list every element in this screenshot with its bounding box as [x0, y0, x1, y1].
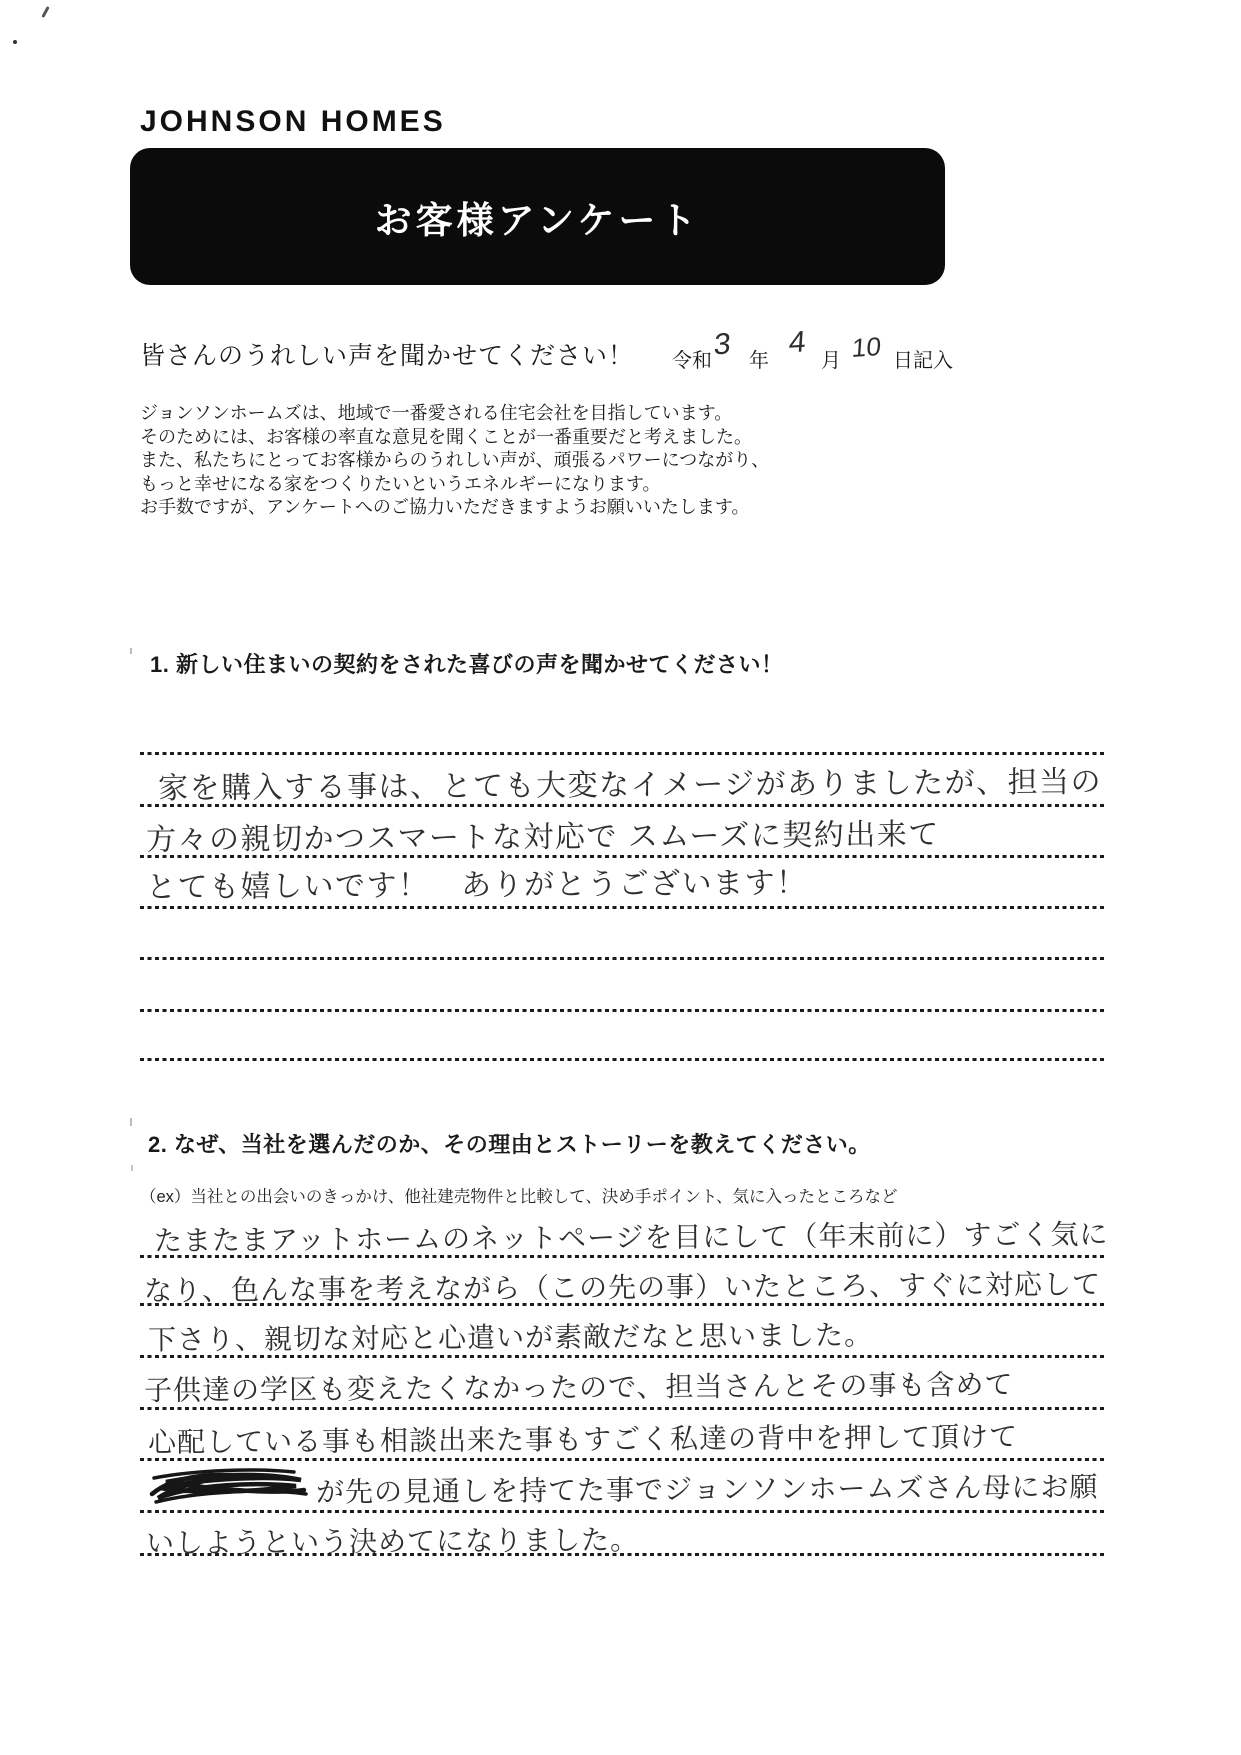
intro-line: ジョンソンホームズは、地域で一番愛される住宅会社を目指しています。 [140, 402, 769, 426]
q1-handwritten-answer-line: とても嬉しいです！ ありがとうございます！ [146, 858, 808, 907]
intro-paragraph: ジョンソンホームズは、地域で一番愛される住宅会社を目指しています。 そのためには… [140, 402, 769, 520]
q2-handwritten-answer-line: が先の見通しを持てた事でジョンソンホームズさん母にお願 [316, 1465, 1099, 1510]
question-2-heading: 2. なぜ、当社を選んだのか、その理由とストーリーを教えてください。 [148, 1128, 871, 1159]
q2-handwritten-answer-line: 子供達の学区も変えたくなかったので、担当さんとその事も含めて [144, 1363, 1014, 1409]
date-month-label: 月 [821, 344, 841, 373]
q1-handwritten-answer-line: 家を購入する事は、とても大変なイメージがありましたが、担当の [158, 757, 1102, 808]
q2-handwritten-answer-line: いしようという決めてになりました。 [146, 1518, 639, 1561]
answer-ruled-line [140, 1009, 1106, 1012]
page-title: お客様アンケート [375, 190, 701, 244]
date-year-handwritten: 3 [713, 327, 732, 362]
greeting-line: 皆さんのうれしい声を聞かせてください！ [140, 336, 634, 372]
scan-speck [130, 648, 132, 654]
q2-handwritten-answer-line: 下さり、親切な対応と心遣いが素敵だなと思いました。 [148, 1313, 873, 1358]
q2-handwritten-answer-line: なり、色んな事を考えながら（この先の事）いたところ、すぐに対応して [144, 1263, 1101, 1310]
answer-ruled-line [140, 906, 1106, 909]
date-year-label: 年 [749, 344, 769, 373]
q2-handwritten-answer-line: たまたまアットホームのネットページを目にして（年末前に）すごく気に [154, 1213, 1109, 1260]
scan-speck [41, 6, 49, 18]
company-logo: JOHNSON HOMES [140, 105, 446, 139]
q2-handwritten-answer-line: 心配している事も相談出来た事もすごく私達の背中を押して頂けて [148, 1415, 1018, 1461]
date-day-handwritten: 10 [851, 331, 882, 364]
intro-line: お手数ですが、アンケートへのご協力いただきますようお願いいたします。 [140, 496, 769, 520]
intro-line: もっと幸せになる家をつくりたいというエネルギーになります。 [140, 473, 769, 497]
question-2-example-hint: （ex）当社との出会いのきっかけ、他社建売物件と比較して、決め手ポイント、気に入… [140, 1183, 897, 1207]
scan-speck [131, 1165, 133, 1171]
date-era-label: 令和 [672, 344, 712, 373]
scan-speck [130, 1118, 132, 1126]
intro-line: また、私たちにとってお客様からのうれしい声が、頑張るパワーにつながり、 [140, 449, 769, 473]
date-day-label: 日記入 [893, 344, 953, 373]
q1-handwritten-answer-line: 方々の親切かつスマートな対応で スムーズに契約出来て [146, 809, 940, 859]
question-1-heading: 1. 新しい住まいの契約をされた喜びの声を聞かせてください！ [150, 648, 783, 679]
date-month-handwritten: 4 [788, 325, 807, 360]
scribble-redaction [146, 1464, 316, 1512]
answer-ruled-line [140, 957, 1106, 960]
scan-speck [13, 40, 17, 44]
answer-ruled-line [140, 752, 1106, 755]
answer-ruled-line [140, 1058, 1106, 1061]
intro-line: そのためには、お客様の率直な意見を聞くことが一番重要だと考えました。 [140, 426, 769, 450]
scanned-survey-page: JOHNSON HOMES お客様アンケート 皆さんのうれしい声を聞かせてくださ… [0, 0, 1241, 1755]
title-banner: お客様アンケート [130, 148, 945, 285]
